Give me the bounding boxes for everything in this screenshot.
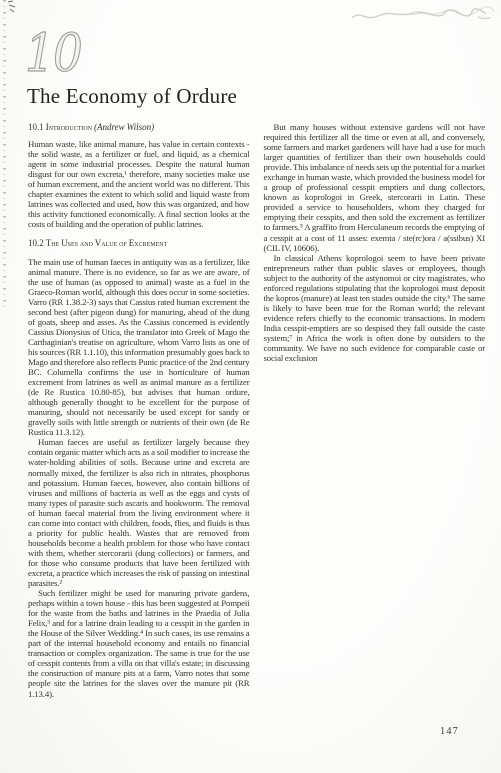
paragraph-uses-2: Human faeces are useful as fertilizer la… bbox=[28, 437, 250, 588]
paragraph-intro: Human waste, like animal manure, has val… bbox=[28, 139, 250, 229]
section-title: Introduction bbox=[46, 122, 92, 132]
handwriting-smudge-icon bbox=[350, 3, 496, 24]
paragraph-uses-4: But many houses without extensive garden… bbox=[264, 122, 486, 253]
section-number: 10.1 bbox=[28, 122, 44, 132]
chapter-number: 10 bbox=[25, 28, 81, 80]
paragraph-uses-1: The main use of human faeces in antiquit… bbox=[28, 257, 250, 438]
book-page: 10 The Economy of Ordure 10.1 Introducti… bbox=[0, 0, 501, 773]
section-heading-10-2: 10.2 The Uses and Value of Excrement bbox=[28, 238, 250, 248]
chapter-title: The Economy of Ordure bbox=[27, 84, 237, 109]
scan-corner-mark bbox=[6, 0, 24, 16]
section-number: 10.2 bbox=[28, 238, 44, 248]
section-heading-10-1: 10.1 Introduction (Andrew Wilson) bbox=[28, 122, 250, 132]
paragraph-uses-3: Such fertilizer might be used for manuri… bbox=[28, 588, 250, 699]
scan-edge-speckle bbox=[3, 0, 6, 308]
section-author: (Andrew Wilson) bbox=[94, 122, 154, 132]
body-text-columns: 10.1 Introduction (Andrew Wilson) Human … bbox=[28, 122, 485, 708]
paragraph-uses-5: In classical Athens koprologoi seem to h… bbox=[264, 253, 486, 364]
page-number: 147 bbox=[440, 726, 459, 737]
section-title: The Uses and Value of Excrement bbox=[46, 238, 168, 248]
